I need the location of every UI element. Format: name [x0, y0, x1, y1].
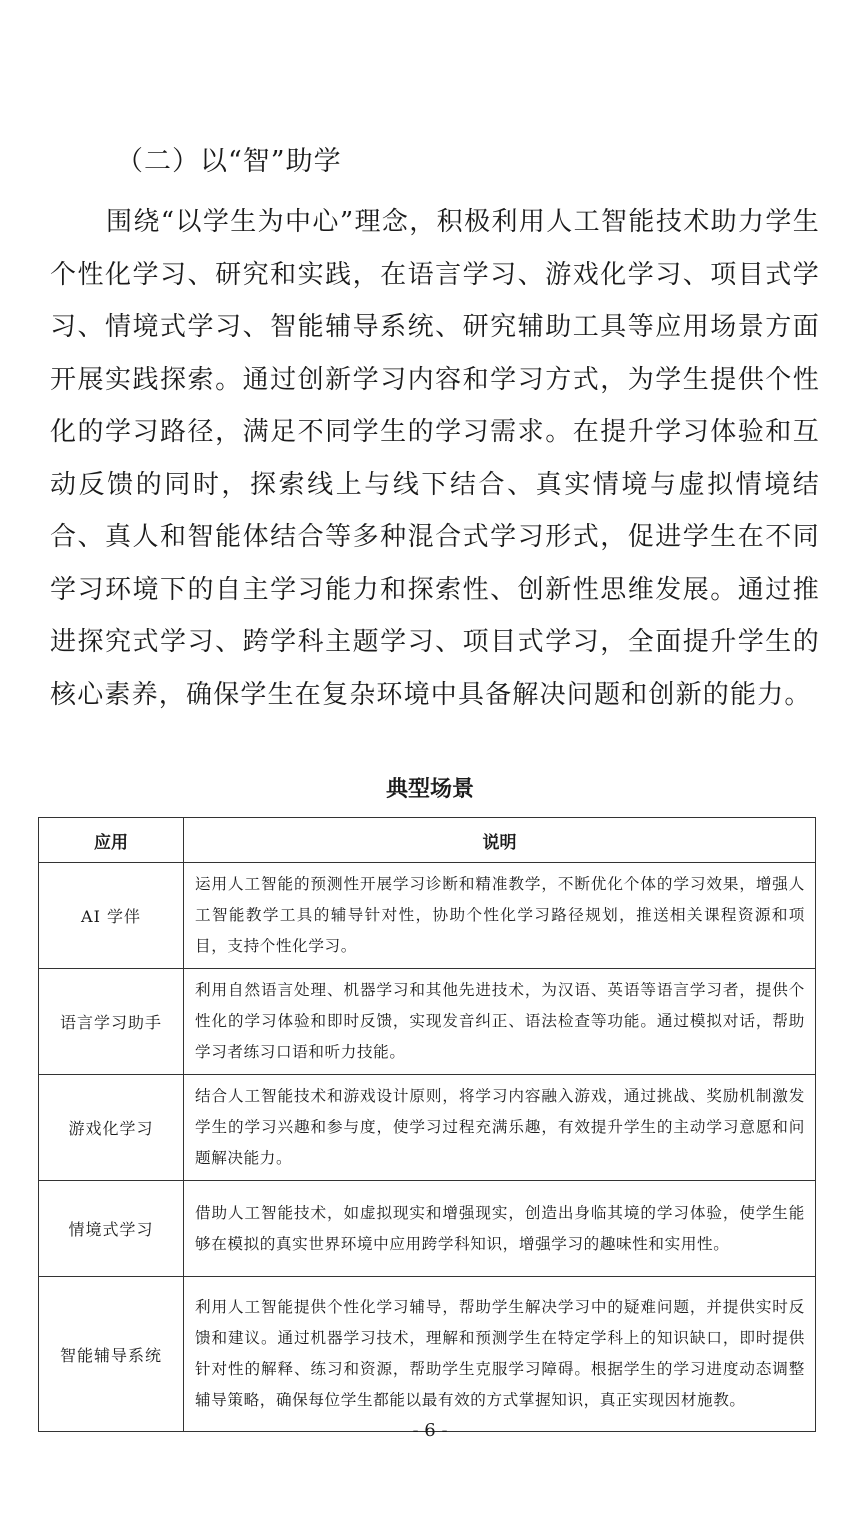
- table-row: 语言学习助手 利用自然语言处理、机器学习和其他先进技术，为汉语、英语等语言学习者…: [39, 969, 816, 1075]
- document-page: （二）以“智”助学 围绕“以学生为中心”理念，积极利用人工智能技术助力学生个性化…: [0, 0, 860, 1535]
- scenarios-table: 应用 说明 AI 学伴 运用人工智能的预测性开展学习诊断和精准教学，不断优化个体…: [38, 817, 816, 1432]
- table-header-row: 应用 说明: [39, 818, 816, 863]
- application-cell: 情境式学习: [39, 1181, 184, 1277]
- description-cell: 利用人工智能提供个性化学习辅导，帮助学生解决学习中的疑难问题，并提供实时反馈和建…: [184, 1277, 816, 1432]
- application-cell: 游戏化学习: [39, 1075, 184, 1181]
- page-number: - 6 -: [0, 1420, 860, 1441]
- column-header-application: 应用: [39, 818, 184, 863]
- column-header-description: 说明: [184, 818, 816, 863]
- description-cell: 利用自然语言处理、机器学习和其他先进技术，为汉语、英语等语言学习者，提供个性化的…: [184, 969, 816, 1075]
- section-heading: （二）以“智”助学: [116, 142, 342, 182]
- table-title: 典型场景: [0, 772, 860, 803]
- table-row: AI 学伴 运用人工智能的预测性开展学习诊断和精准教学，不断优化个体的学习效果，…: [39, 863, 816, 969]
- application-cell: 智能辅导系统: [39, 1277, 184, 1432]
- table-row: 智能辅导系统 利用人工智能提供个性化学习辅导，帮助学生解决学习中的疑难问题，并提…: [39, 1277, 816, 1432]
- application-cell: 语言学习助手: [39, 969, 184, 1075]
- description-cell: 运用人工智能的预测性开展学习诊断和精准教学，不断优化个体的学习效果，增强人工智能…: [184, 863, 816, 969]
- table-row: 情境式学习 借助人工智能技术，如虚拟现实和增强现实，创造出身临其境的学习体验，使…: [39, 1181, 816, 1277]
- table-row: 游戏化学习 结合人工智能技术和游戏设计原则，将学习内容融入游戏，通过挑战、奖励机…: [39, 1075, 816, 1181]
- description-cell: 借助人工智能技术，如虚拟现实和增强现实，创造出身临其境的学习体验，使学生能够在模…: [184, 1181, 816, 1277]
- description-cell: 结合人工智能技术和游戏设计原则，将学习内容融入游戏，通过挑战、奖励机制激发学生的…: [184, 1075, 816, 1181]
- section-paragraph: 围绕“以学生为中心”理念，积极利用人工智能技术助力学生个性化学习、研究和实践，在…: [50, 196, 820, 721]
- application-cell: AI 学伴: [39, 863, 184, 969]
